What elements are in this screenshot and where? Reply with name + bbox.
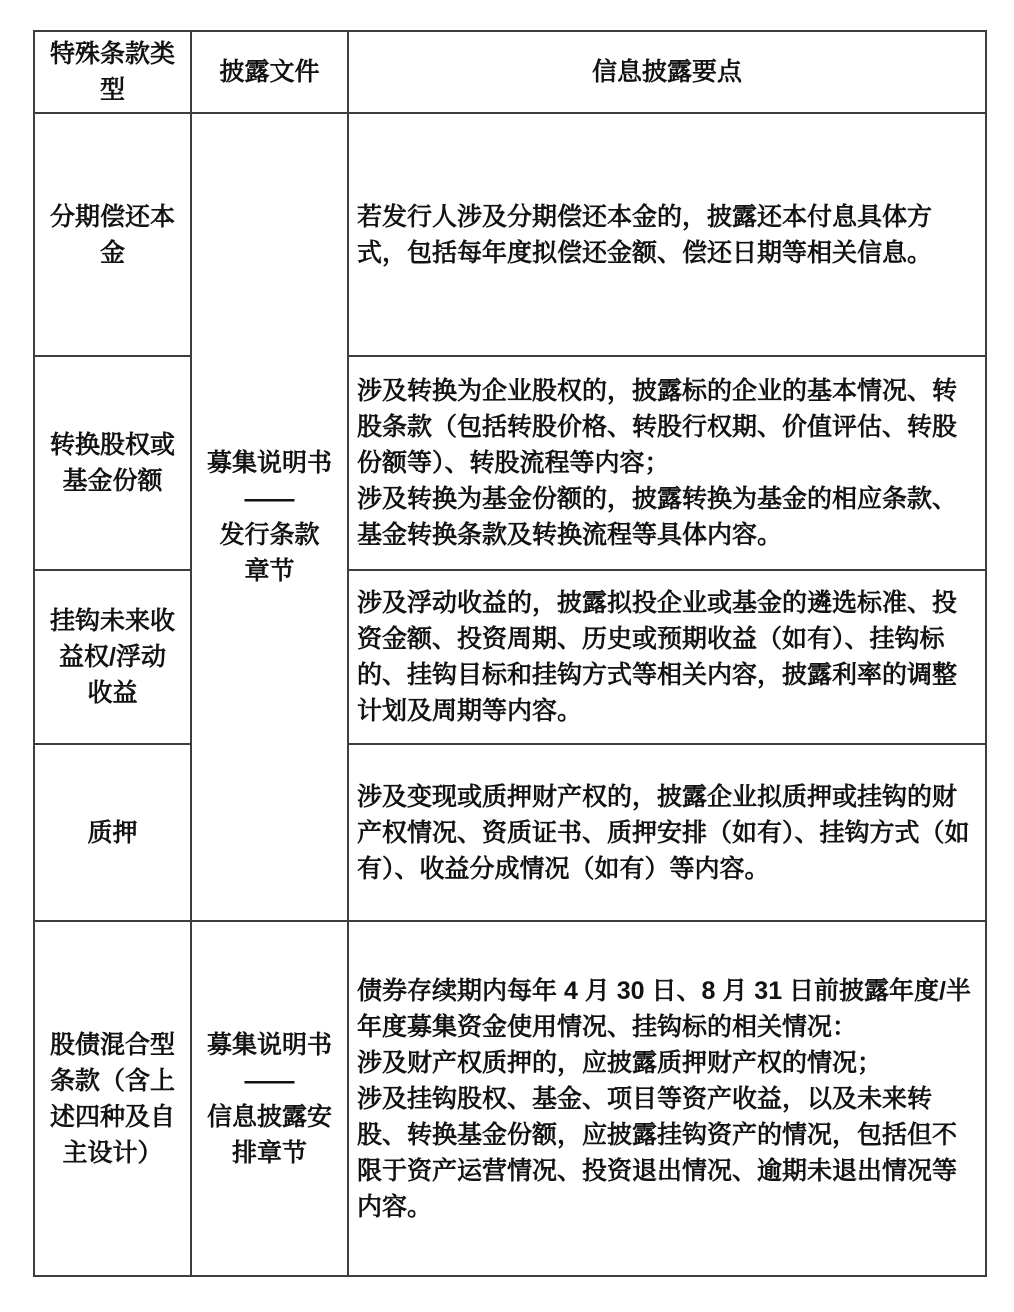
table-row-equity-conversion: 转换股权或 基金份额 涉及转换为企业股权的，披露标的企业的基本情况、转股条款（包… <box>34 356 986 570</box>
cell-clause-type: 挂钩未来收 益权/浮动 收益 <box>34 570 191 744</box>
cell-disclosure-points: 若发行人涉及分期偿还本金的，披露还本付息具体方式，包括每年度拟偿还金额、偿还日期… <box>348 113 986 356</box>
table-header-row: 特殊条款类 型 披露文件 信息披露要点 <box>34 31 986 113</box>
cell-clause-type: 转换股权或 基金份额 <box>34 356 191 570</box>
cell-disclosure-document: 募集说明书 —— 信息披露安 排章节 <box>191 921 348 1276</box>
header-clause-type: 特殊条款类 型 <box>34 31 191 113</box>
cell-disclosure-points: 涉及转换为企业股权的，披露标的企业的基本情况、转股条款（包括转股价格、转股行权期… <box>348 356 986 570</box>
table-row-amortized-principal: 分期偿还本 金 募集说明书 —— 发行条款 章节 若发行人涉及分期偿还本金的，披… <box>34 113 986 356</box>
table-row-floating-income: 挂钩未来收 益权/浮动 收益 涉及浮动收益的，披露拟投企业或基金的遴选标准、投资… <box>34 570 986 744</box>
cell-disclosure-document-merged: 募集说明书 —— 发行条款 章节 <box>191 113 348 921</box>
header-disclosure-document: 披露文件 <box>191 31 348 113</box>
disclosure-requirements-table: 特殊条款类 型 披露文件 信息披露要点 分期偿还本 金 募集说明书 —— 发行条… <box>33 30 987 1277</box>
table-row-pledge: 质押 涉及变现或质押财产权的，披露企业拟质押或挂钩的财产权情况、资质证书、质押安… <box>34 744 986 921</box>
table-row-hybrid-clause: 股债混合型 条款（含上 述四种及自 主设计） 募集说明书 —— 信息披露安 排章… <box>34 921 986 1276</box>
header-disclosure-points: 信息披露要点 <box>348 31 986 113</box>
cell-disclosure-points: 涉及浮动收益的，披露拟投企业或基金的遴选标准、投资金额、投资周期、历史或预期收益… <box>348 570 986 744</box>
cell-disclosure-points: 债券存续期内每年 4 月 30 日、8 月 31 日前披露年度/半年度募集资金使… <box>348 921 986 1276</box>
cell-clause-type: 质押 <box>34 744 191 921</box>
document-page: 特殊条款类 型 披露文件 信息披露要点 分期偿还本 金 募集说明书 —— 发行条… <box>33 30 987 1277</box>
cell-disclosure-points: 涉及变现或质押财产权的，披露企业拟质押或挂钩的财产权情况、资质证书、质押安排（如… <box>348 744 986 921</box>
cell-clause-type: 股债混合型 条款（含上 述四种及自 主设计） <box>34 921 191 1276</box>
cell-clause-type: 分期偿还本 金 <box>34 113 191 356</box>
